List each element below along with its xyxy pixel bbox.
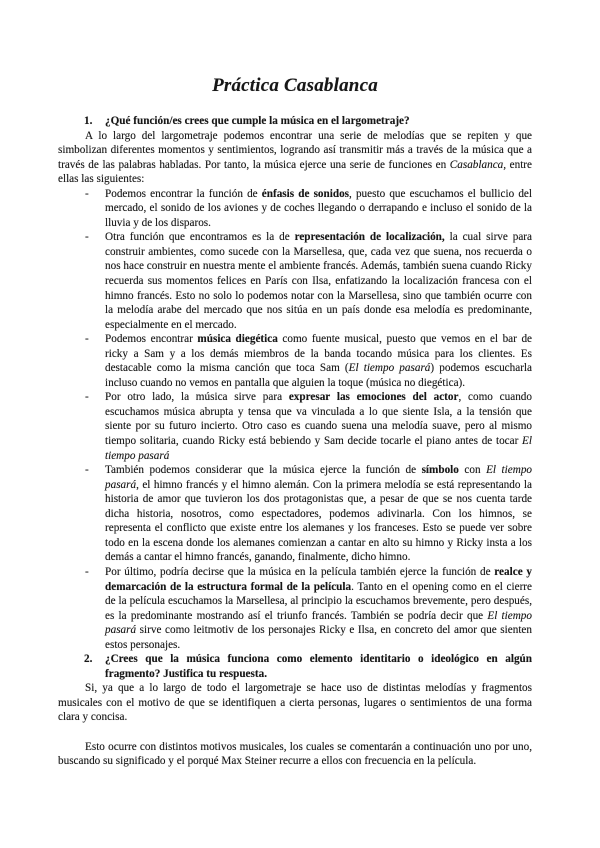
paragraph-spacer bbox=[58, 725, 532, 740]
bullet-dash: - bbox=[85, 230, 89, 245]
document-title: Práctica Casablanca bbox=[58, 74, 532, 97]
question-1-intro-paragraph: A lo largo del largometraje podemos enco… bbox=[58, 129, 532, 187]
question-1-heading-text: ¿Qué función/es crees que cumple la músi… bbox=[105, 115, 410, 127]
bullet-item: - Podemos encontrar música diegética com… bbox=[58, 332, 532, 390]
question-1-number: 1. bbox=[84, 114, 92, 129]
question-2-answer-paragraph: Si, ya que a lo largo de todo el largome… bbox=[58, 681, 532, 725]
bullet-dash: - bbox=[85, 332, 89, 347]
document-page: Práctica Casablanca 1. ¿Qué función/es c… bbox=[0, 0, 600, 848]
bullet-item: - Podemos encontrar la función de énfasi… bbox=[58, 187, 532, 231]
bullet-text: Por otro lado, la música sirve para expr… bbox=[105, 390, 532, 463]
bullet-text: También podemos considerar que la música… bbox=[105, 463, 532, 565]
bullet-item: - Por otro lado, la música sirve para ex… bbox=[58, 390, 532, 463]
question-2-heading-text: ¿Crees que la música funciona como eleme… bbox=[105, 653, 532, 680]
bullet-dash: - bbox=[85, 390, 89, 405]
closing-paragraph: Esto ocurre con distintos motivos musica… bbox=[58, 740, 532, 769]
bullet-item: - Otra función que encontramos es la de … bbox=[58, 230, 532, 332]
bullet-item: - También podemos considerar que la músi… bbox=[58, 463, 532, 565]
bullet-text: Podemos encontrar música diegética como … bbox=[105, 332, 532, 390]
bullet-text: Otra función que encontramos es la de re… bbox=[105, 230, 532, 332]
bullet-dash: - bbox=[85, 187, 89, 202]
question-2-heading: 2. ¿Crees que la música funciona como el… bbox=[58, 652, 532, 681]
bullet-item: - Por último, podría decirse que la músi… bbox=[58, 565, 532, 652]
bullet-dash: - bbox=[85, 565, 89, 580]
bullet-text: Por último, podría decirse que la música… bbox=[105, 565, 532, 652]
question-1-heading: 1. ¿Qué función/es crees que cumple la m… bbox=[58, 114, 532, 129]
question-2-number: 2. bbox=[84, 652, 92, 667]
bullet-dash: - bbox=[85, 463, 89, 478]
bullet-text: Podemos encontrar la función de énfasis … bbox=[105, 187, 532, 231]
